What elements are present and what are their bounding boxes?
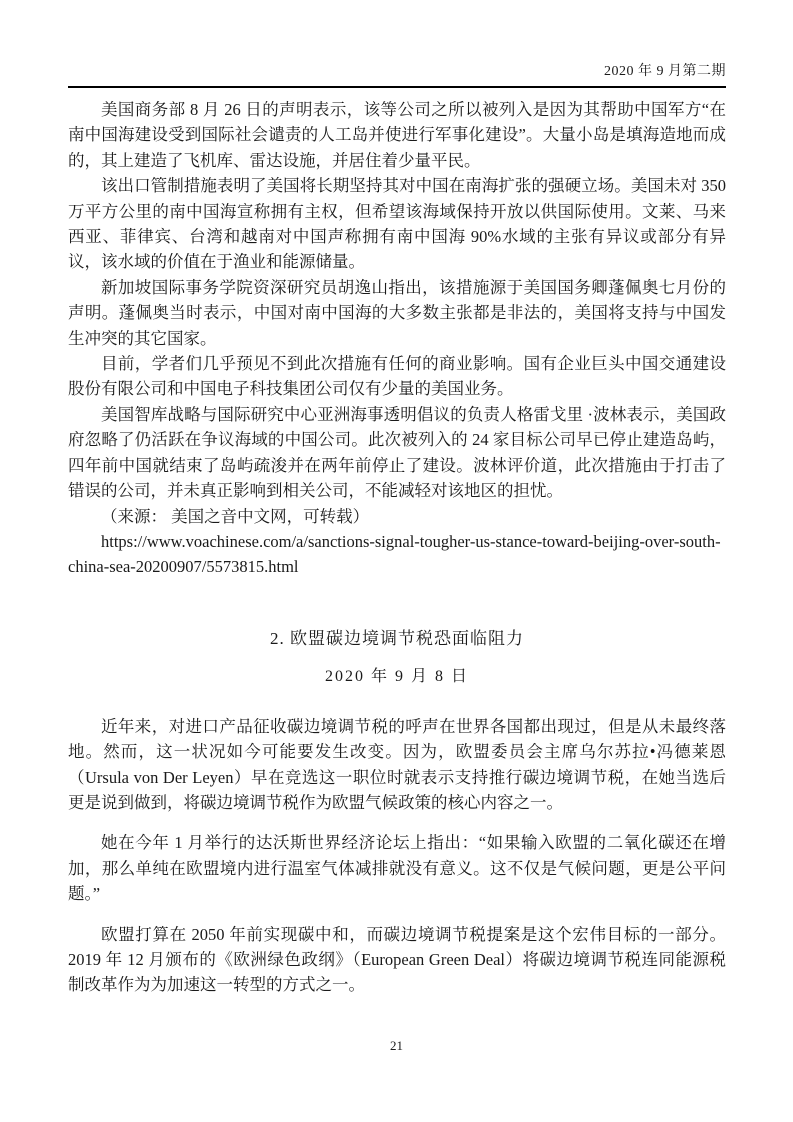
page-header: 2020 年 9 月第二期 <box>68 62 726 88</box>
article-2-paragraph: 她在今年 1 月举行的达沃斯世界经济论坛上指出：“如果输入欧盟的二氧化碳还在增加… <box>68 830 726 906</box>
issue-label: 2020 年 9 月第二期 <box>68 62 726 82</box>
article-2-heading: 2. 欧盟碳边境调节税恐面临阻力 <box>68 626 726 651</box>
page-content: 2020 年 9 月第二期 美国商务部 8 月 26 日的声明表示，该等公司之所… <box>68 62 726 1013</box>
document-page: 2020 年 9 月第二期 美国商务部 8 月 26 日的声明表示，该等公司之所… <box>0 0 793 1122</box>
page-footer: 21 <box>0 1038 793 1054</box>
article-1-source-url[interactable]: https://www.voachinese.com/a/sanctions-s… <box>68 529 726 580</box>
article-2: 2. 欧盟碳边境调节税恐面临阻力 2020 年 9 月 8 日 近年来，对进口产… <box>68 626 726 998</box>
article-1-paragraph: 美国商务部 8 月 26 日的声明表示，该等公司之所以被列入是因为其帮助中国军方… <box>68 97 726 173</box>
article-2-date: 2020 年 9 月 8 日 <box>68 666 726 688</box>
article-1-source-line: （来源： 美国之音中文网，可转载） <box>68 504 726 529</box>
article-1-paragraph: 该出口管制措施表明了美国将长期坚持其对中国在南海扩张的强硬立场。美国未对 350… <box>68 173 726 275</box>
article-1-paragraph: 目前，学者们几乎预见不到此次措施有任何的商业影响。国有企业巨头中国交通建设股份有… <box>68 351 726 402</box>
article-1-paragraph: 新加坡国际事务学院资深研究员胡逸山指出，该措施源于美国国务卿蓬佩奥七月份的声明。… <box>68 275 726 351</box>
article-1: 美国商务部 8 月 26 日的声明表示，该等公司之所以被列入是因为其帮助中国军方… <box>68 97 726 580</box>
article-2-paragraph: 近年来，对进口产品征收碳边境调节税的呼声在世界各国都出现过，但是从未最终落地。然… <box>68 714 726 816</box>
article-2-paragraph: 欧盟打算在 2050 年前实现碳中和，而碳边境调节税提案是这个宏伟目标的一部分。… <box>68 922 726 998</box>
article-1-paragraph: 美国智库战略与国际研究中心亚洲海事透明倡议的负责人格雷戈里 ·波林表示，美国政府… <box>68 402 726 504</box>
page-number: 21 <box>390 1038 403 1053</box>
document-body: 美国商务部 8 月 26 日的声明表示，该等公司之所以被列入是因为其帮助中国军方… <box>68 88 726 998</box>
